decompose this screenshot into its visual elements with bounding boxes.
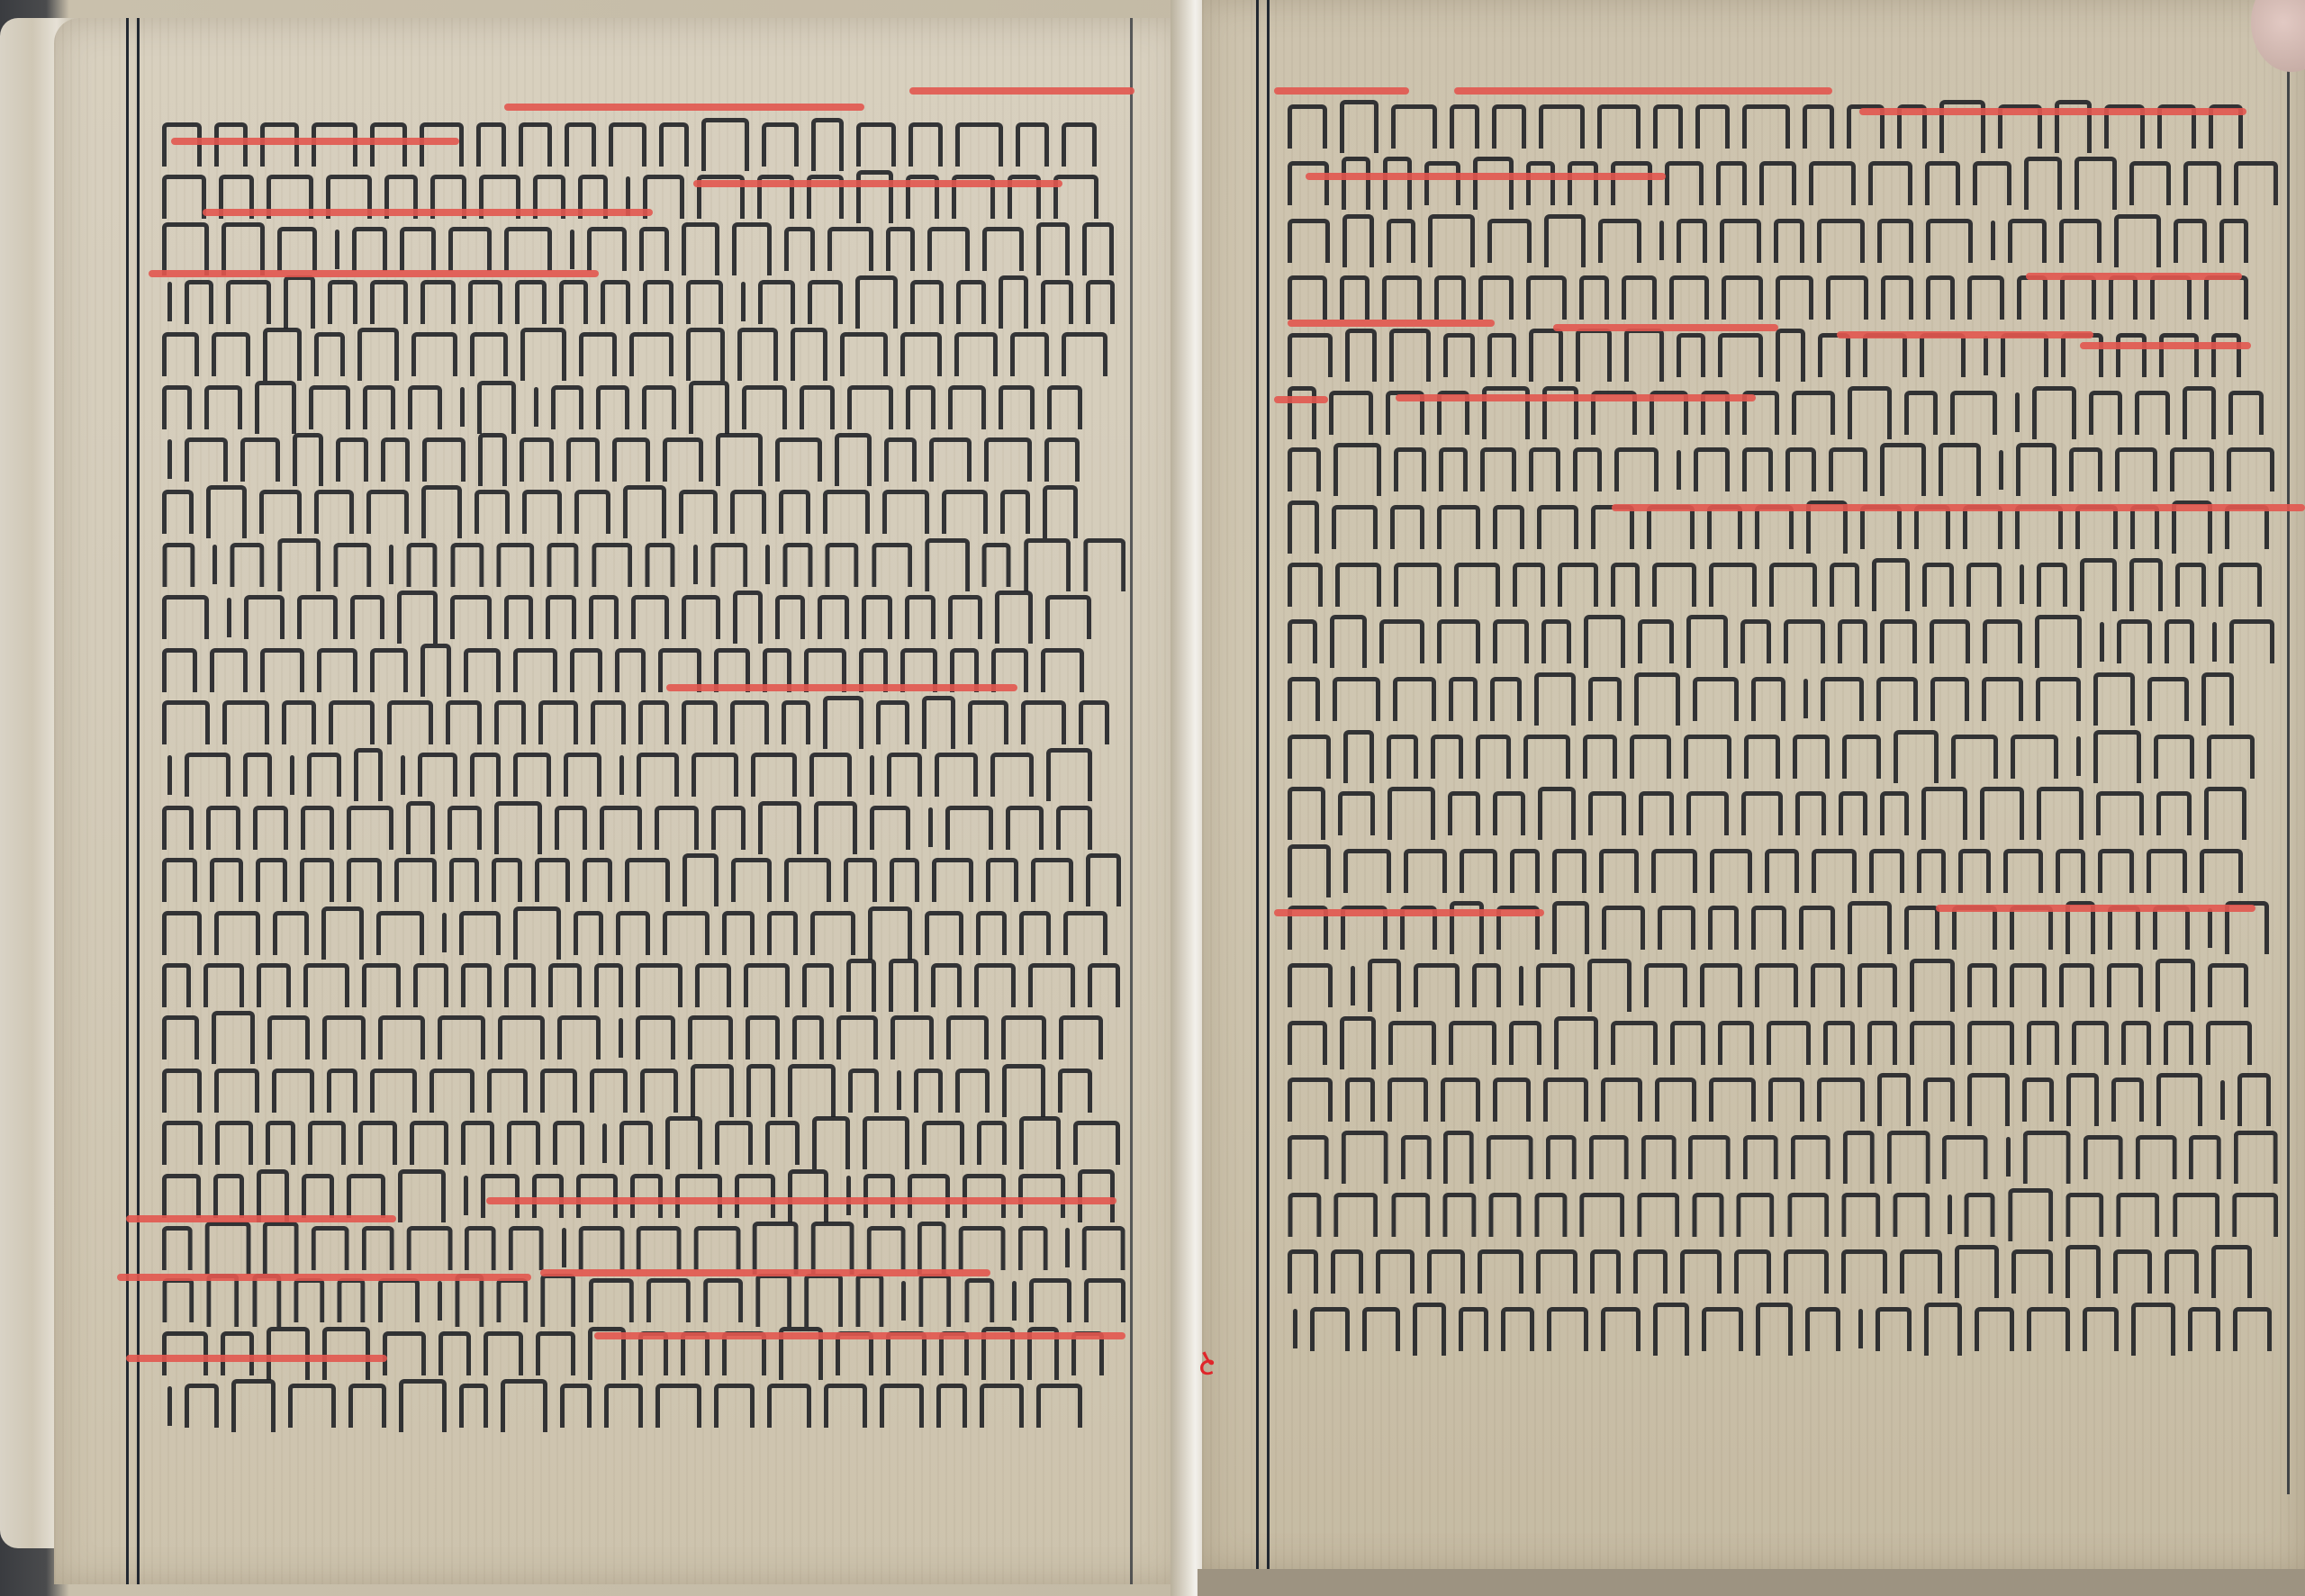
script-glyph — [1686, 615, 1728, 668]
script-glyph — [1734, 1249, 1771, 1294]
script-glyph — [1975, 1307, 2014, 1351]
script-glyph — [1552, 901, 1589, 954]
script-glyph — [1288, 844, 1331, 897]
script-glyph — [1342, 214, 1374, 267]
script-glyph — [2023, 1131, 2071, 1184]
script-glyph — [272, 1069, 314, 1113]
script-glyph — [277, 538, 321, 591]
script-glyph — [929, 437, 972, 482]
script-glyph — [1558, 563, 1598, 607]
script-glyph — [257, 963, 291, 1007]
script-glyph — [1552, 849, 1586, 893]
script-glyph — [1684, 735, 1731, 779]
script-glyph — [2035, 615, 2082, 668]
script-glyph — [2129, 558, 2163, 611]
script-glyph — [1441, 1078, 1480, 1122]
script-line — [1288, 615, 2278, 669]
script-glyph — [908, 122, 943, 167]
script-glyph — [162, 700, 210, 744]
script-glyph — [1638, 619, 1674, 663]
script-glyph — [1858, 963, 1897, 1007]
script-glyph — [882, 490, 929, 534]
script-glyph — [213, 1174, 244, 1218]
script-glyph — [2109, 275, 2138, 320]
script-glyph — [856, 122, 896, 167]
script-glyph — [1848, 386, 1892, 439]
script-glyph — [691, 753, 738, 797]
script-glyph — [732, 222, 772, 275]
script-glyph — [2024, 157, 2062, 210]
script-glyph — [509, 1226, 544, 1270]
script-glyph — [1759, 161, 1796, 205]
script-glyph — [1952, 906, 1997, 950]
script-glyph — [862, 595, 892, 639]
script-glyph — [1442, 1193, 1476, 1237]
script-glyph — [363, 385, 395, 429]
script-glyph — [476, 122, 506, 167]
script-glyph — [2107, 963, 2143, 1007]
script-glyph — [560, 1384, 592, 1428]
script-glyph — [465, 1226, 496, 1270]
script-glyph — [1460, 849, 1497, 893]
script-glyph — [1342, 157, 1370, 210]
script-glyph — [1774, 219, 1804, 263]
script-glyph — [2017, 275, 2047, 320]
script-glyph — [744, 963, 790, 1007]
script-glyph — [2237, 1073, 2271, 1126]
script-glyph — [999, 275, 1028, 329]
script-glyph — [1388, 1078, 1428, 1122]
script-glyph — [2022, 1078, 2054, 1122]
script-glyph — [1829, 447, 1867, 491]
script-glyph — [959, 1226, 1006, 1270]
script-glyph — [1709, 563, 1757, 607]
script-glyph — [162, 490, 194, 534]
script-glyph — [1024, 538, 1071, 591]
script-glyph — [460, 387, 465, 427]
script-glyph — [1345, 1078, 1375, 1122]
script-glyph — [1848, 901, 1892, 954]
script-glyph — [1926, 275, 1955, 320]
script-glyph — [642, 385, 676, 429]
script-glyph — [596, 385, 629, 429]
script-glyph — [1330, 615, 1367, 668]
script-glyph — [594, 963, 623, 1007]
script-glyph — [645, 543, 674, 587]
script-glyph — [2150, 275, 2192, 320]
script-glyph — [1288, 386, 1316, 439]
script-glyph — [1480, 447, 1516, 491]
script-glyph — [1755, 505, 1794, 549]
script-glyph — [682, 853, 719, 906]
script-glyph — [1288, 1021, 1327, 1065]
script-glyph — [263, 1222, 299, 1275]
script-glyph — [501, 1379, 547, 1432]
script-glyph — [2061, 333, 2103, 377]
script-glyph — [856, 170, 893, 223]
script-glyph — [956, 280, 986, 324]
script-glyph — [464, 648, 501, 692]
script-glyph — [753, 1222, 799, 1275]
script-glyph — [357, 328, 399, 381]
script-glyph — [946, 1015, 989, 1059]
script-glyph — [663, 911, 710, 955]
script-glyph — [2116, 333, 2147, 377]
script-glyph — [1799, 906, 1835, 950]
script-glyph — [221, 1331, 254, 1375]
script-glyph — [418, 753, 457, 797]
script-glyph — [1079, 700, 1109, 744]
script-glyph — [468, 280, 502, 324]
script-glyph — [931, 963, 962, 1007]
script-glyph — [266, 1121, 295, 1165]
script-glyph — [2174, 219, 2207, 263]
script-glyph — [954, 332, 998, 376]
script-glyph — [535, 858, 570, 902]
script-glyph — [570, 648, 602, 692]
script-glyph — [1047, 385, 1082, 429]
script-glyph — [1720, 219, 1761, 263]
script-glyph — [1529, 447, 1560, 491]
script-glyph — [880, 1384, 924, 1428]
script-glyph — [2115, 447, 2157, 491]
script-glyph — [1982, 677, 2023, 721]
script-glyph — [1513, 563, 1545, 607]
script-glyph — [553, 1121, 584, 1165]
script-glyph — [1016, 122, 1049, 167]
script-glyph — [631, 595, 669, 639]
script-glyph — [2175, 563, 2206, 607]
script-glyph — [1343, 849, 1391, 893]
script-glyph — [1877, 219, 1913, 263]
script-glyph — [1867, 1021, 1897, 1065]
script-glyph — [354, 748, 383, 801]
script-glyph — [751, 753, 797, 797]
script-glyph — [694, 1226, 741, 1270]
script-glyph — [203, 963, 244, 1007]
script-glyph — [470, 753, 501, 797]
script-glyph — [1647, 505, 1695, 549]
script-glyph — [583, 858, 612, 902]
script-glyph — [481, 1174, 520, 1218]
script-glyph — [162, 1226, 193, 1270]
script-line — [162, 1063, 1125, 1117]
script-glyph — [1669, 275, 1709, 320]
script-glyph — [1062, 332, 1107, 376]
script-glyph — [337, 1278, 365, 1322]
script-glyph — [1839, 791, 1867, 835]
script-glyph — [162, 385, 192, 429]
script-glyph — [1860, 505, 1902, 549]
script-glyph — [1493, 505, 1524, 549]
script-glyph — [767, 1384, 811, 1428]
script-glyph — [1716, 161, 1747, 205]
script-glyph — [1670, 1021, 1705, 1065]
script-glyph — [1611, 1021, 1658, 1065]
script-line — [1288, 787, 2278, 841]
script-glyph — [162, 963, 191, 1007]
script-glyph — [519, 122, 552, 167]
script-glyph — [2059, 963, 2094, 1007]
script-glyph — [1967, 1073, 2010, 1126]
script-glyph — [1059, 1015, 1103, 1059]
script-glyph — [167, 282, 172, 321]
script-glyph — [922, 1121, 964, 1165]
script-glyph — [636, 1015, 675, 1059]
script-glyph — [2201, 672, 2234, 726]
script-glyph — [1644, 963, 1687, 1007]
script-glyph — [1637, 1193, 1679, 1237]
script-glyph — [2135, 391, 2170, 435]
script-glyph — [1785, 447, 1816, 491]
script-glyph — [917, 1222, 946, 1275]
script-glyph — [406, 543, 437, 587]
script-glyph — [600, 806, 642, 850]
red-underline — [1859, 108, 2246, 115]
script-glyph — [1893, 1193, 1930, 1237]
script-glyph — [1614, 447, 1659, 491]
script-glyph — [1031, 858, 1073, 902]
script-glyph — [800, 385, 835, 429]
script-glyph — [908, 1174, 950, 1218]
script-glyph — [1538, 787, 1576, 840]
script-glyph — [980, 1384, 1024, 1428]
script-glyph — [1394, 563, 1442, 607]
right-text-block — [1288, 99, 2278, 1359]
red-underline — [126, 1355, 387, 1362]
script-glyph — [868, 906, 912, 960]
script-glyph — [1950, 391, 1997, 435]
script-glyph — [986, 858, 1018, 902]
script-glyph — [835, 433, 872, 486]
script-glyph — [455, 1274, 484, 1327]
script-glyph — [2188, 1307, 2220, 1351]
script-glyph — [566, 437, 600, 482]
script-line — [162, 222, 1125, 276]
script-glyph — [449, 858, 479, 902]
script-glyph — [2010, 963, 2047, 1007]
script-glyph — [256, 858, 287, 902]
script-glyph — [300, 858, 334, 902]
script-glyph — [1086, 280, 1115, 324]
script-glyph — [1459, 1307, 1488, 1351]
script-line — [162, 380, 1125, 434]
script-glyph — [2153, 906, 2190, 950]
script-glyph — [1624, 329, 1664, 382]
script-glyph — [252, 1274, 281, 1327]
script-line — [1288, 157, 2278, 211]
script-glyph — [162, 911, 202, 955]
script-glyph — [863, 1174, 895, 1218]
script-glyph — [755, 1274, 791, 1327]
script-glyph — [1340, 1016, 1376, 1069]
script-glyph — [317, 648, 357, 692]
script-line — [162, 748, 1125, 802]
script-glyph — [742, 385, 787, 429]
script-glyph — [612, 437, 650, 482]
script-glyph — [1776, 275, 1813, 320]
script-glyph — [2229, 619, 2274, 663]
script-glyph — [1579, 275, 1609, 320]
script-glyph — [701, 118, 749, 171]
script-glyph — [429, 1069, 475, 1113]
red-underline — [1306, 173, 1666, 180]
script-glyph — [401, 755, 405, 795]
red-underline — [1553, 324, 1778, 331]
script-glyph — [513, 648, 557, 692]
script-glyph — [1842, 735, 1881, 779]
script-glyph — [1904, 391, 1938, 435]
script-glyph — [836, 1015, 878, 1059]
script-glyph — [574, 911, 603, 955]
script-glyph — [522, 490, 562, 534]
script-glyph — [1869, 849, 1904, 893]
script-glyph — [1686, 791, 1729, 835]
script-glyph — [2212, 622, 2217, 662]
script-glyph — [1345, 329, 1377, 382]
script-glyph — [421, 485, 462, 538]
script-glyph — [1534, 1193, 1567, 1237]
script-line — [1288, 729, 2278, 783]
script-glyph — [215, 1121, 253, 1165]
script-glyph — [226, 280, 271, 324]
script-glyph — [562, 1228, 566, 1267]
script-glyph — [1584, 615, 1625, 668]
script-glyph — [1331, 1249, 1363, 1294]
script-glyph — [2093, 730, 2141, 783]
script-glyph — [227, 598, 231, 637]
script-glyph — [475, 490, 510, 534]
red-underline — [594, 1332, 1125, 1339]
script-glyph — [461, 1121, 494, 1165]
script-glyph — [520, 437, 554, 482]
script-glyph — [413, 963, 448, 1007]
script-glyph — [1523, 735, 1570, 779]
script-glyph — [792, 1015, 824, 1059]
script-glyph — [686, 280, 723, 324]
script-glyph — [2156, 791, 2192, 835]
script-glyph — [802, 963, 834, 1007]
script-glyph — [758, 801, 801, 854]
script-glyph — [730, 490, 766, 534]
red-underline — [486, 1197, 1116, 1204]
script-glyph — [609, 122, 646, 167]
script-glyph — [210, 858, 243, 902]
script-glyph — [1454, 563, 1500, 607]
script-glyph — [1904, 906, 1939, 950]
script-glyph — [162, 222, 209, 275]
script-glyph — [625, 858, 670, 902]
margin-rule — [1130, 18, 1133, 1584]
script-glyph — [1655, 1078, 1696, 1122]
script-glyph — [640, 1069, 678, 1113]
script-glyph — [1288, 275, 1327, 320]
script-line — [162, 1011, 1125, 1065]
script-glyph — [1818, 333, 1850, 377]
script-glyph — [206, 1274, 239, 1327]
script-glyph — [2006, 1137, 2011, 1177]
script-glyph — [2083, 1307, 2119, 1351]
script-glyph — [1677, 450, 1681, 490]
right-page — [1202, 0, 2305, 1571]
script-glyph — [1388, 1021, 1436, 1065]
script-glyph — [1736, 1193, 1774, 1237]
script-glyph — [1914, 505, 1950, 549]
script-glyph — [737, 328, 778, 381]
script-glyph — [162, 1331, 208, 1375]
script-glyph — [1288, 787, 1325, 840]
script-glyph — [1000, 490, 1030, 534]
script-glyph — [974, 963, 1016, 1007]
script-glyph — [2156, 1073, 2202, 1126]
red-underline — [540, 1269, 990, 1276]
script-glyph — [616, 911, 650, 955]
script-glyph — [1288, 963, 1333, 1007]
script-line — [162, 906, 1125, 960]
script-glyph — [1041, 280, 1073, 324]
script-glyph — [2159, 333, 2199, 377]
script-glyph — [1340, 100, 1378, 153]
script-glyph — [2208, 908, 2212, 948]
script-glyph — [260, 648, 304, 692]
script-line — [1288, 672, 2278, 726]
script-glyph — [1492, 104, 1526, 149]
script-glyph — [309, 385, 350, 429]
script-glyph — [1288, 161, 1329, 205]
script-glyph — [387, 700, 433, 744]
script-glyph — [273, 911, 309, 955]
script-glyph — [982, 543, 1011, 587]
script-glyph — [811, 1222, 854, 1275]
script-glyph — [1983, 619, 2022, 663]
script-glyph — [204, 385, 242, 429]
script-glyph — [812, 1116, 850, 1169]
script-glyph — [1390, 505, 1424, 549]
script-glyph — [619, 755, 624, 795]
script-glyph — [901, 1281, 906, 1321]
script-glyph — [2096, 791, 2144, 835]
script-glyph — [1958, 849, 1991, 893]
script-glyph — [2060, 275, 2096, 320]
script-glyph — [255, 381, 296, 434]
script-glyph — [1930, 677, 1969, 721]
red-underline — [1837, 331, 2093, 338]
script-glyph — [394, 858, 437, 902]
script-glyph — [2183, 386, 2216, 439]
script-glyph — [591, 700, 626, 744]
script-glyph — [2204, 275, 2248, 320]
red-underline — [1396, 394, 1756, 401]
script-glyph — [2089, 391, 2122, 435]
script-glyph — [1478, 1249, 1523, 1294]
script-glyph — [1951, 735, 1998, 779]
script-glyph — [551, 385, 583, 429]
script-glyph — [1449, 677, 1478, 721]
script-line — [162, 853, 1125, 907]
script-glyph — [1751, 906, 1786, 950]
script-glyph — [855, 275, 898, 329]
script-glyph — [1058, 1069, 1092, 1113]
script-glyph — [945, 806, 993, 850]
script-glyph — [1841, 1193, 1880, 1237]
script-glyph — [1991, 221, 1995, 260]
script-glyph — [2136, 1135, 2177, 1179]
script-glyph — [477, 381, 516, 434]
script-line — [1288, 1015, 2278, 1069]
script-glyph — [825, 543, 858, 587]
script-glyph — [520, 328, 566, 381]
script-glyph — [1342, 1131, 1388, 1184]
